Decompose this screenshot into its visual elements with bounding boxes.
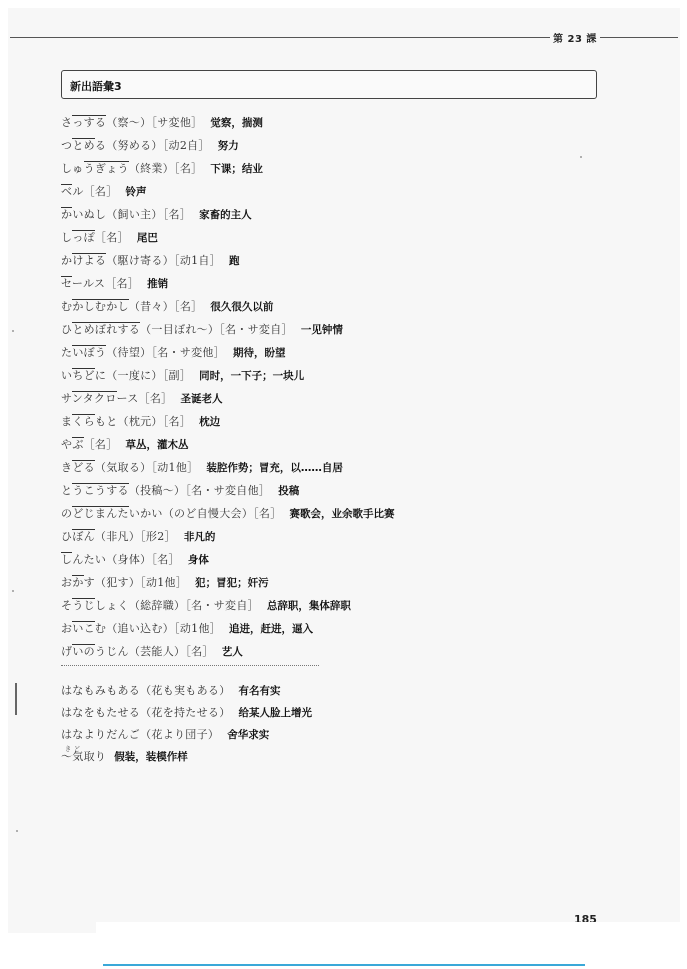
- idiom-kanji: （花より団子）: [140, 728, 219, 741]
- kana-prefix: の: [61, 507, 72, 520]
- kana-prefix: い: [61, 369, 72, 382]
- meaning: 一见钟情: [301, 324, 343, 336]
- vocab-entry: しっぽ［名］尾巴: [61, 229, 621, 252]
- meaning: 总辞职，集体辞职: [267, 600, 351, 612]
- idiom-entry: はなよりだんご（花より団子）舍华求实: [61, 726, 621, 748]
- vocab-entry: サンタクロース［名］圣诞老人: [61, 390, 621, 413]
- meaning: 身体: [188, 554, 209, 566]
- idiom-meaning: 舍华求实: [227, 729, 269, 741]
- kanji-form: （昔々）: [129, 300, 174, 313]
- part-of-speech: ［动2自］: [163, 139, 210, 152]
- part-of-speech: ［名・サ変自］: [219, 323, 293, 336]
- kanji-form: （飼い主）: [106, 208, 163, 221]
- vocab-entry: ひぼん（非凡）［形2］非凡的: [61, 528, 621, 551]
- kana-suffix: んたい: [72, 553, 106, 566]
- part-of-speech: ［名］: [151, 553, 179, 566]
- kana-prefix: しゅ: [61, 162, 84, 175]
- vocab-entry: つとめる（努める）［动2自］努力: [61, 137, 621, 160]
- kana-accented: セ: [61, 276, 72, 290]
- vocab-entry: いちどに（一度に）［副］同时，一下子；一块儿: [61, 367, 621, 390]
- idiom-kana-text: はなをもたせる: [61, 706, 140, 719]
- meaning: 努力: [218, 140, 239, 152]
- idiom-meaning: 有名有实: [239, 685, 281, 697]
- kanji-form: （駆け寄る）: [106, 254, 174, 267]
- idiom-kana: はなをもたせる: [61, 704, 140, 722]
- meaning: 推销: [147, 278, 168, 290]
- vocab-entry: きどる（気取る）［动1他］装腔作势；冒充，以……自居: [61, 459, 621, 482]
- idiom-kanji: （花を持たせる）: [140, 706, 230, 719]
- part-of-speech: ［名］: [163, 208, 191, 221]
- part-of-speech: ［名］: [174, 300, 202, 313]
- kana-prefix: き: [61, 461, 72, 474]
- meaning: 装腔作势；冒充，以……自居: [206, 462, 343, 474]
- vocab-entry: たいぼう（待望）［名・サ変他］期待，盼望: [61, 344, 621, 367]
- scan-speck: [16, 830, 18, 832]
- kana-accented: ベ: [61, 184, 72, 198]
- vocabulary-list: さっする（察～）［サ変他］觉察，揣测つとめる（努める）［动2自］努力しゅうぎょう…: [61, 114, 621, 666]
- part-of-speech: ［サ変他］: [151, 116, 202, 129]
- kanji-form: （総辞職）: [129, 599, 186, 612]
- kana-prefix: む: [61, 300, 72, 313]
- scan-speck: [580, 156, 582, 158]
- kanji-form: （努める）: [106, 139, 163, 152]
- kana-suffix: む: [95, 622, 106, 635]
- kana-suffix: す: [84, 576, 95, 589]
- kana-suffix: いぬし: [72, 208, 106, 221]
- kana-accented: かしむかし: [72, 299, 129, 313]
- vocab-entry: しゅうぎょう（終業）［名］下课；结业: [61, 160, 621, 183]
- meaning: 尾巴: [137, 232, 158, 244]
- vocab-entry: ひとめぼれする（一目ぼれ～）［名・サ変自］一见钟情: [61, 321, 621, 344]
- part-of-speech: ［名］: [95, 231, 129, 244]
- kana-prefix: ひ: [61, 323, 72, 336]
- kana-accented: ンタクロ: [72, 391, 117, 405]
- meaning: 同时，一下子；一块儿: [199, 370, 304, 382]
- kana-suffix: もと: [95, 415, 118, 428]
- kana-accented: とめぼれする: [72, 322, 140, 336]
- kana-suffix: ル: [72, 185, 83, 198]
- section-title: 新出語彙3: [70, 78, 122, 94]
- vocab-entry: セールス［名］推销: [61, 275, 621, 298]
- kana-prefix: し: [61, 231, 72, 244]
- vocab-entry: そうじしょく（総辞職）［名・サ変自］总辞职，集体辞职: [61, 597, 621, 620]
- kana-prefix: た: [61, 346, 72, 359]
- kana-accented: どじまんた: [72, 506, 129, 520]
- scan-speck: [12, 330, 14, 332]
- vocab-entry: むかしむかし（昔々）［名］很久很久以前: [61, 298, 621, 321]
- kana-prefix: か: [61, 254, 72, 267]
- kanji-form: （枕元）: [118, 415, 163, 428]
- kana-prefix: ひ: [61, 530, 72, 543]
- vocab-entry: とうこうする（投稿～）［名・サ変自他］投稿: [61, 482, 621, 505]
- meaning: 赛歌会，业余歌手比赛: [290, 508, 395, 520]
- part-of-speech: ［名］: [185, 645, 213, 658]
- idiom-kanji: （花も実もある）: [140, 684, 230, 697]
- dotted-divider: [61, 665, 319, 666]
- kana-accented: どる: [72, 460, 95, 474]
- kana-accented: し: [61, 552, 72, 566]
- meaning: 枕边: [199, 416, 220, 428]
- kana-suffix: いかい: [129, 507, 163, 520]
- vocab-entry: やぶ［名］草丛，灌木丛: [61, 436, 621, 459]
- kana-suffix: に: [95, 369, 106, 382]
- kanji-form: （身体）: [106, 553, 151, 566]
- kanji-form: （追い込む）: [106, 622, 174, 635]
- idiom-entry: はなもみもある（花も実もある）有名有实: [61, 682, 621, 704]
- kana-accented: けよる: [72, 253, 106, 267]
- kana-suffix: る: [95, 139, 106, 152]
- meaning: 非凡的: [184, 531, 216, 543]
- idiom-kana: ～気取りきど: [61, 748, 106, 766]
- meaning: 期待，盼望: [233, 347, 286, 359]
- part-of-speech: ［名・サ変他］: [151, 346, 225, 359]
- furigana: きど: [65, 741, 83, 759]
- vocab-entry: かけよる（駆け寄る）［动1自］跑: [61, 252, 621, 275]
- kanji-form: （投稿～）: [129, 484, 186, 497]
- part-of-speech: ［名］: [174, 162, 202, 175]
- part-of-speech: ［名］: [105, 277, 139, 290]
- kana-prefix: や: [61, 438, 72, 451]
- kana-accented: うじ: [72, 598, 95, 612]
- kana-accented: いこ: [72, 621, 95, 635]
- kanji-form: （待望）: [106, 346, 151, 359]
- kana-accented: ぶ: [72, 437, 83, 451]
- idiom-meaning: 假装，装模作样: [114, 751, 188, 763]
- kana-prefix: お: [61, 622, 72, 635]
- kana-suffix: ース: [117, 392, 139, 405]
- meaning: 追进，赶进，逼入: [229, 623, 313, 635]
- meaning: 铃声: [126, 186, 147, 198]
- header-rule: [10, 37, 550, 38]
- idiom-meaning: 给某人脸上增光: [239, 707, 313, 719]
- part-of-speech: ［名］: [84, 185, 118, 198]
- kana-accented: か: [61, 207, 72, 221]
- margin-scan-mark: [15, 683, 17, 715]
- vocab-entry: おかす（犯す）［动1他］犯；冒犯；奸污: [61, 574, 621, 597]
- part-of-speech: ［名・サ変自他］: [185, 484, 270, 497]
- vocab-entry: おいこむ（追い込む）［动1他］追进，赶进，逼入: [61, 620, 621, 643]
- kana-prefix: と: [61, 484, 72, 497]
- kanji-form: （犯す）: [95, 576, 140, 589]
- meaning: 犯；冒犯；奸污: [195, 577, 269, 589]
- meaning: 投稿: [278, 485, 299, 497]
- meaning: 觉察，揣测: [210, 117, 263, 129]
- kanji-form: （芸能人）: [129, 645, 186, 658]
- kanji-form: （気取る）: [95, 461, 152, 474]
- idiom-list: はなもみもある（花も実もある）有名有实はなをもたせる（花を持たせる）给某人脸上增…: [61, 682, 621, 770]
- kana-suffix: ールス: [72, 277, 105, 290]
- idiom-kana: はなもみもある: [61, 682, 140, 700]
- kana-accented: ちど: [72, 368, 95, 382]
- scan-speck: [12, 590, 14, 592]
- kana-suffix: うじん: [95, 645, 129, 658]
- part-of-speech: ［动1自］: [174, 254, 221, 267]
- part-of-speech: ［动1他］: [151, 461, 198, 474]
- vocab-entry: のどじまんたいかい（のど自慢大会）［名］赛歌会，业余歌手比赛: [61, 505, 621, 528]
- part-of-speech: ［名］: [84, 438, 118, 451]
- section-heading-box: 新出語彙3: [61, 70, 597, 99]
- idiom-entry: ～気取りきど假装，装模作样: [61, 748, 621, 770]
- kana-suffix: しょく: [95, 599, 129, 612]
- kana-accented: ぼん: [72, 529, 95, 543]
- vocab-entry: ベル［名］铃声: [61, 183, 621, 206]
- part-of-speech: ［名］: [139, 392, 173, 405]
- kana-accented: っする: [72, 115, 106, 129]
- vocab-entry: かいぬし（飼い主）［名］家畜的主人: [61, 206, 621, 229]
- kana-prefix: さ: [61, 116, 72, 129]
- meaning: 跑: [229, 255, 240, 267]
- meaning: 圣诞老人: [180, 393, 222, 405]
- idiom-kana-text: はなもみもある: [61, 684, 140, 697]
- meaning: 下课；结业: [210, 163, 263, 175]
- meaning: 艺人: [222, 646, 243, 658]
- kana-prefix: サ: [61, 392, 72, 405]
- kana-accented: とめ: [72, 138, 95, 152]
- kana-accented: いの: [72, 644, 95, 658]
- vocab-entry: げいのうじん（芸能人）［名］艺人: [61, 643, 621, 666]
- kanji-form: （一度に）: [106, 369, 163, 382]
- kanji-form: （終業）: [129, 162, 174, 175]
- part-of-speech: ［名・サ変自］: [185, 599, 259, 612]
- vocab-entry: さっする（察～）［サ変他］觉察，揣测: [61, 114, 621, 137]
- meaning: 很久很久以前: [210, 301, 273, 313]
- bottom-overlay: [96, 922, 687, 969]
- part-of-speech: ［动1他］: [140, 576, 187, 589]
- kanji-form: （のど自慢大会）: [163, 507, 253, 520]
- kana-prefix: ま: [61, 415, 72, 428]
- kana-accented: うこうする: [72, 483, 129, 497]
- kana-prefix: お: [61, 576, 72, 589]
- vocab-entry: まくらもと（枕元）［名］枕边: [61, 413, 621, 436]
- lesson-label: 第 23 課: [553, 30, 597, 45]
- kana-prefix: つ: [61, 139, 72, 152]
- meaning: 家畜的主人: [199, 209, 252, 221]
- part-of-speech: ［副］: [163, 369, 191, 382]
- part-of-speech: ［动1他］: [174, 622, 221, 635]
- header-rule-right: [600, 37, 678, 38]
- kana-prefix: げ: [61, 645, 72, 658]
- kana-accented: っぽ: [72, 230, 95, 244]
- kanji-form: （一目ぼれ～）: [140, 323, 219, 336]
- part-of-speech: ［形2］: [140, 530, 176, 543]
- kana-accented: いぼう: [72, 345, 106, 359]
- part-of-speech: ［名］: [253, 507, 281, 520]
- kanji-form: （察～）: [106, 116, 151, 129]
- kana-accented: うぎょう: [84, 161, 129, 175]
- idiom-entry: はなをもたせる（花を持たせる）给某人脸上增光: [61, 704, 621, 726]
- meaning: 草丛，灌木丛: [126, 439, 189, 451]
- vocab-entry: しんたい（身体）［名］身体: [61, 551, 621, 574]
- kana-accented: くら: [72, 414, 95, 428]
- part-of-speech: ［名］: [163, 415, 191, 428]
- idiom-kana-text: はなよりだんご: [61, 728, 140, 741]
- kana-accented: か: [72, 575, 83, 589]
- link-underline[interactable]: [103, 964, 585, 966]
- kana-prefix: そ: [61, 599, 72, 612]
- kanji-form: （非凡）: [95, 530, 140, 543]
